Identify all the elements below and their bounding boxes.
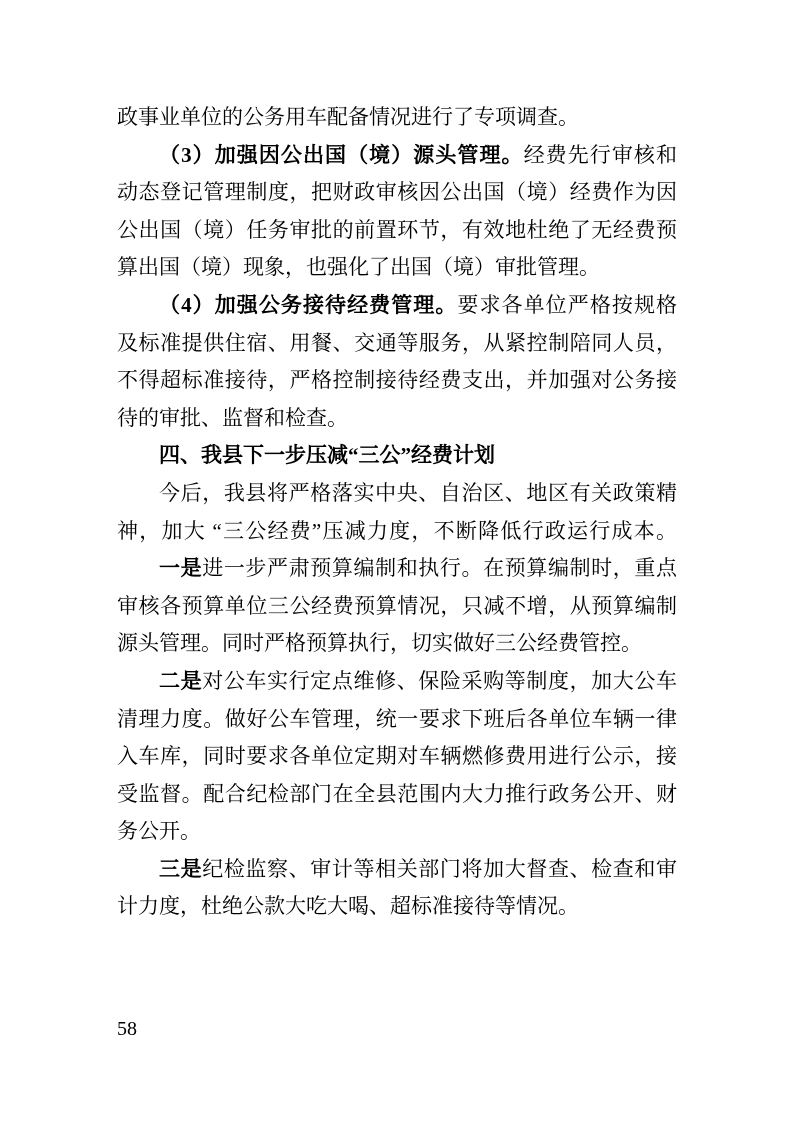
text-line: 审核各预算单位三公经费预算情况，只减不增，从预算编制 — [117, 588, 677, 626]
page-number: 58 — [117, 1016, 137, 1042]
text-run: 一是 — [159, 556, 202, 580]
text-line: 算出国（境）现象，也强化了出国（境）审批管理。 — [117, 249, 677, 287]
text-line: 不得超标准接待，严格控制接待经费支出，并加强对公务接 — [117, 362, 677, 400]
text-line: 神，加大 “三公经费”压减力度，不断降低行政运行成本。 — [117, 513, 677, 551]
text-run: 公出国（境）任务审批的前置环节，有效地杜绝了无经费预 — [117, 218, 677, 242]
text-run: 二是 — [159, 669, 202, 693]
text-line: 一是进一步严肃预算编制和执行。在预算编制时，重点 — [117, 550, 677, 588]
text-run: 进一步严肃预算编制和执行。在预算编制时，重点 — [202, 556, 677, 580]
paragraph: 一是进一步严肃预算编制和执行。在预算编制时，重点审核各预算单位三公经费预算情况，… — [117, 550, 677, 663]
paragraph: （4）加强公务接待经费管理。要求各单位严格按规格及标准提供住宿、用餐、交通等服务… — [117, 287, 677, 437]
text-run: （4）加强公务接待经费管理。 — [159, 293, 457, 317]
text-line: 受监督。配合纪检部门在全县范围内大力推行政务公开、财 — [117, 776, 677, 814]
text-run: 受监督。配合纪检部门在全县范围内大力推行政务公开、财 — [117, 782, 677, 806]
text-run: 审核各预算单位三公经费预算情况，只减不增，从预算编制 — [117, 594, 677, 618]
text-line: 二是对公车实行定点维修、保险采购等制度，加大公车 — [117, 663, 677, 701]
text-run: 经费先行审核和 — [524, 143, 677, 167]
text-run: 政事业单位的公务用车配备情况进行了专项调查。 — [117, 105, 579, 129]
text-run: 今后，我县将严格落实中央、自治区、地区有关政策精 — [159, 481, 677, 505]
document-body: 政事业单位的公务用车配备情况进行了专项调查。（3）加强因公出国（境）源头管理。经… — [117, 99, 677, 926]
text-run: 神，加大 “三公经费”压减力度，不断降低行政运行成本。 — [117, 519, 677, 543]
text-run: 动态登记管理制度，把财政审核因公出国（境）经费作为因 — [117, 180, 677, 204]
text-run: 四、我县下一步压减“三公”经费计划 — [159, 443, 495, 467]
text-run: 清理力度。做好公车管理，统一要求下班后各单位车辆一律 — [117, 707, 677, 731]
text-line: （3）加强因公出国（境）源头管理。经费先行审核和 — [117, 137, 677, 175]
text-run: （3）加强因公出国（境）源头管理。 — [159, 143, 524, 167]
text-line: 计力度，杜绝公款大吃大喝、超标准接待等情况。 — [117, 888, 677, 926]
text-run: 待的审批、监督和检查。 — [117, 406, 348, 430]
text-line: 四、我县下一步压减“三公”经费计划 — [117, 437, 677, 475]
paragraph: 三是纪检监察、审计等相关部门将加大督查、检查和审计力度，杜绝公款大吃大喝、超标准… — [117, 851, 677, 926]
text-run: 务公开。 — [117, 819, 201, 843]
text-line: 源头管理。同时严格预算执行，切实做好三公经费管控。 — [117, 625, 677, 663]
paragraph: （3）加强因公出国（境）源头管理。经费先行审核和动态登记管理制度，把财政审核因公… — [117, 137, 677, 287]
text-run: 入车库，同时要求各单位定期对车辆燃修费用进行公示，接 — [117, 744, 677, 768]
paragraph: 二是对公车实行定点维修、保险采购等制度，加大公车清理力度。做好公车管理，统一要求… — [117, 663, 677, 851]
paragraph: 政事业单位的公务用车配备情况进行了专项调查。 — [117, 99, 677, 137]
paragraph: 今后，我县将严格落实中央、自治区、地区有关政策精神，加大 “三公经费”压减力度，… — [117, 475, 677, 550]
text-line: 政事业单位的公务用车配备情况进行了专项调查。 — [117, 99, 677, 137]
text-run: 对公车实行定点维修、保险采购等制度，加大公车 — [202, 669, 677, 693]
text-run: 及标准提供住宿、用餐、交通等服务，从紧控制陪同人员， — [117, 331, 677, 355]
text-run: 三是 — [159, 857, 202, 881]
text-line: 务公开。 — [117, 813, 677, 851]
text-line: 入车库，同时要求各单位定期对车辆燃修费用进行公示，接 — [117, 738, 677, 776]
text-line: 今后，我县将严格落实中央、自治区、地区有关政策精 — [117, 475, 677, 513]
text-run: 计力度，杜绝公款大吃大喝、超标准接待等情况。 — [117, 894, 579, 918]
text-line: 待的审批、监督和检查。 — [117, 400, 677, 438]
text-line: （4）加强公务接待经费管理。要求各单位严格按规格 — [117, 287, 677, 325]
text-run: 算出国（境）现象，也强化了出国（境）审批管理。 — [117, 255, 600, 279]
text-line: 三是纪检监察、审计等相关部门将加大督查、检查和审 — [117, 851, 677, 889]
text-run: 纪检监察、审计等相关部门将加大督查、检查和审 — [202, 857, 677, 881]
text-line: 及标准提供住宿、用餐、交通等服务，从紧控制陪同人员， — [117, 325, 677, 363]
paragraph: 四、我县下一步压减“三公”经费计划 — [117, 437, 677, 475]
text-line: 动态登记管理制度，把财政审核因公出国（境）经费作为因 — [117, 174, 677, 212]
text-run: 源头管理。同时严格预算执行，切实做好三公经费管控。 — [117, 631, 642, 655]
text-line: 清理力度。做好公车管理，统一要求下班后各单位车辆一律 — [117, 701, 677, 739]
document-page: 政事业单位的公务用车配备情况进行了专项调查。（3）加强因公出国（境）源头管理。经… — [0, 0, 793, 1122]
text-run: 不得超标准接待，严格控制接待经费支出，并加强对公务接 — [117, 368, 677, 392]
text-run: 要求各单位严格按规格 — [457, 293, 677, 317]
text-line: 公出国（境）任务审批的前置环节，有效地杜绝了无经费预 — [117, 212, 677, 250]
